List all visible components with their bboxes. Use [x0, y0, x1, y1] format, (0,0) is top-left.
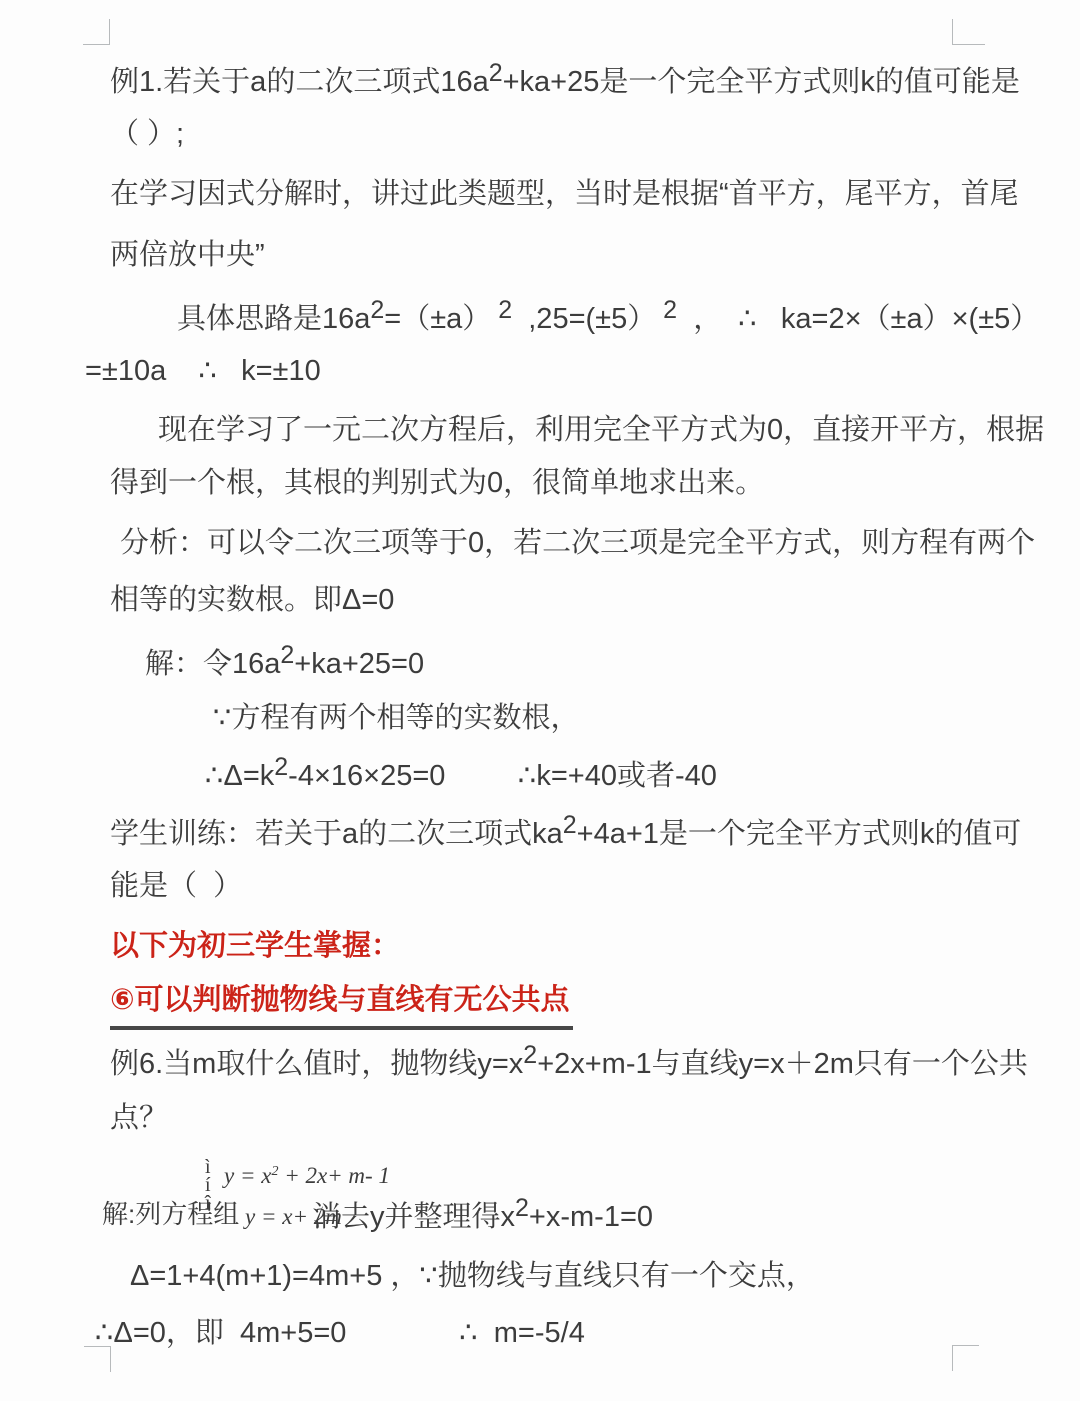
crop-mark-top-right-icon — [952, 19, 985, 45]
solution-step2: ∵方程有两个相等的实数根， — [213, 700, 579, 736]
analysis-line1: 分析：可以令二次三项等于0，若二次三项是完全平方式，则方程有两个 — [120, 525, 1035, 561]
solution-step3: ∴Δ=k2-4×16×25=0 ∴k=+40或者-40 — [205, 752, 717, 794]
elimination-result: 消去y并整理得x2+x-m-1=0 — [312, 1193, 653, 1235]
example6-statement-line2: 点？ — [110, 1100, 168, 1136]
analysis-line2: 相等的实数根。即Δ=0 — [110, 582, 394, 618]
crop-mark-top-left-icon — [83, 19, 110, 45]
student-practice-line2: 能是（ ） — [110, 868, 242, 904]
section6-heading: ⑥可以判断抛物线与直线有无公共点 — [110, 982, 573, 1018]
factoring-review-line1: 在学习因式分解时，讲过此类题型，当时是根据“首平方，尾平方，首尾 — [110, 176, 1019, 212]
approach-line1: 具体思路是16a2=（±a） 2 ,25=(±5） 2 ， ∴ ka=2×（±a… — [177, 295, 1039, 337]
method-paragraph-line1: 现在学习了一元二次方程后，利用完全平方式为0，直接开平方，根据 — [158, 412, 1044, 448]
system-equation1: y = x2 + 2x+ m- 1 — [224, 1162, 390, 1191]
method-paragraph-line2: 得到一个根，其根的判别式为0，很简单地求出来。 — [110, 465, 764, 501]
system-label: 解:列方程组 — [102, 1198, 239, 1231]
final-answer-line: ∴Δ=0，即 4m+5=0 ∴ m=-5/4 — [95, 1315, 585, 1351]
grade9-note-heading: 以下为初三学生掌握： — [110, 928, 400, 964]
system-brace-icon: ìíî — [205, 1158, 211, 1212]
example6-statement-line1: 例6.当m取什么值时，抛物线y=x2+2x+m-1与直线y=x＋2m只有一个公共 — [110, 1040, 1028, 1082]
example1-statement-line1: 例1.若关于a的二次三项式16a2+ka+25是一个完全平方式则k的值可能是 — [110, 58, 1020, 100]
student-practice-line1: 学生训练：若关于a的二次三项式ka2+4a+1是一个完全平方式则k的值可 — [110, 810, 1021, 852]
example1-statement-line2: （ ）; — [110, 116, 184, 152]
discriminant-line: Δ=1+4(m+1)=4m+5 ，∵抛物线与直线只有一个交点， — [130, 1258, 815, 1294]
factoring-review-line2: 两倍放中央” — [110, 237, 265, 273]
crop-mark-bottom-right-icon — [952, 1345, 979, 1371]
approach-line2: =±10a ∴ k=±10 — [85, 353, 321, 389]
document-page: 例1.若关于a的二次三项式16a2+ka+25是一个完全平方式则k的值可能是 （… — [0, 0, 1080, 1401]
solution-step1: 解：令16a2+ka+25=0 — [145, 640, 424, 682]
